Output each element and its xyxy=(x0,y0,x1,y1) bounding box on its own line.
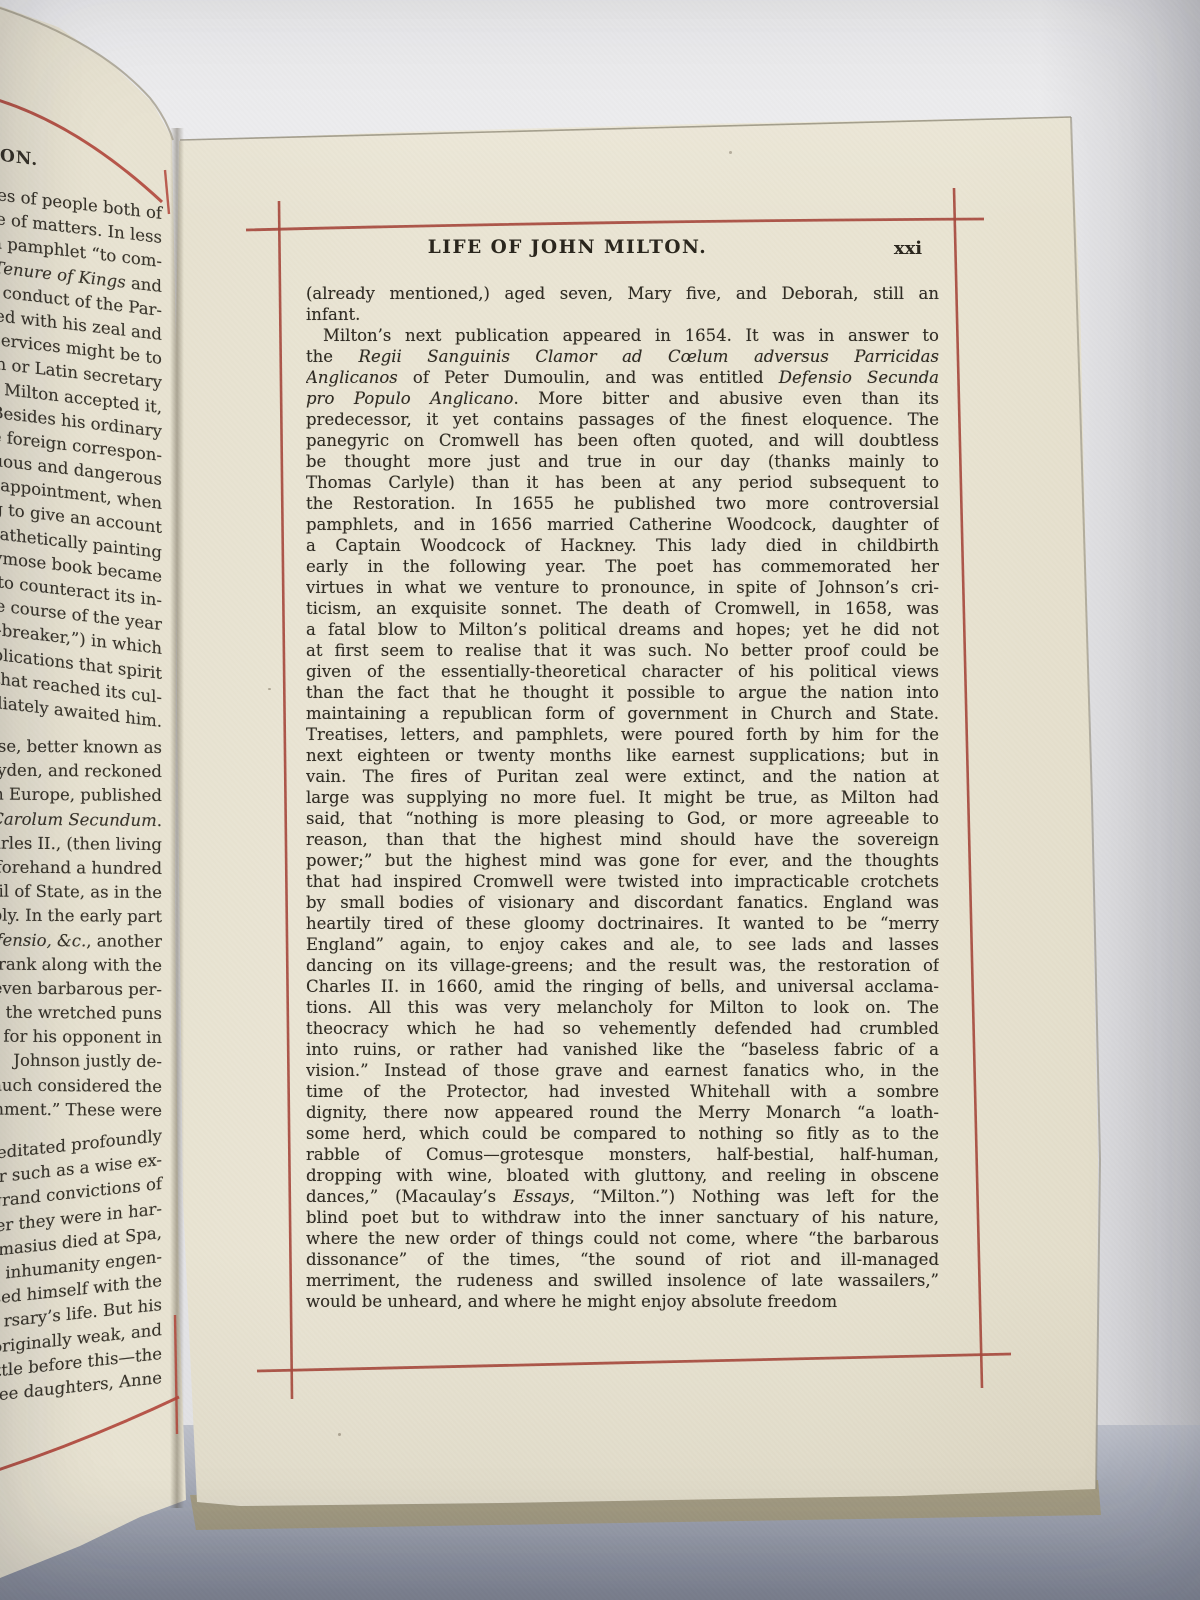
text-line: than the fact that he thought it possibl… xyxy=(306,682,939,703)
text-line: Leyden, and reckoned xyxy=(0,757,162,785)
text-line: time of the Protector, had invested Whit… xyxy=(306,1081,939,1102)
text-line: Charles II. in 1660, amid the ringing of… xyxy=(306,976,939,997)
left-page-text-top: titudes of people both ofstate of matter… xyxy=(0,158,162,734)
text-line: a Captain Woodcock of Hackney. This lady… xyxy=(306,535,939,556)
text-line: dancing on its village-greens; and the r… xyxy=(306,955,939,976)
text-line: dissonance” of the times, “the sound of … xyxy=(306,1249,939,1270)
text-line: theocracy which he had so vehemently def… xyxy=(306,1018,939,1039)
text-line: predecessor, it yet contains passages of… xyxy=(306,409,939,430)
text-line: vision.” Instead of those grave and earn… xyxy=(306,1060,939,1081)
paper-speck xyxy=(338,1433,341,1436)
page-title: LIFE OF JOHN MILTON. xyxy=(306,237,829,258)
text-line: and the wretched puns xyxy=(0,999,162,1027)
text-line: st, in Europe, published xyxy=(0,781,162,809)
text-line: Anglicanos of Peter Dumoulin, and was en… xyxy=(306,367,939,388)
text-line: rnment.” These were xyxy=(0,1095,162,1123)
paper-speck xyxy=(729,151,732,154)
left-page-header-fragment: ON. xyxy=(0,146,38,171)
text-line: blind poet but to withdraw into the inne… xyxy=(306,1207,939,1228)
text-line: by small bodies of visionary and discord… xyxy=(306,892,939,913)
text-line: Milton’s next publication appeared in 16… xyxy=(306,325,939,346)
left-page-text-bottom: meditated profoundlyer such as a wise ex… xyxy=(0,1124,162,1430)
text-line: at first seem to realise that it was suc… xyxy=(306,640,939,661)
paper-speck xyxy=(268,688,271,690)
text-line: be thought more just and true in our day… xyxy=(306,451,939,472)
page-number: xxi xyxy=(878,238,938,259)
text-line: the Regii Sanguinis Clamor ad Cœlum adve… xyxy=(306,346,939,367)
text-line: d even barbarous per- xyxy=(0,975,162,1003)
text-line: pamphlets, and in 1656 married Catherine… xyxy=(306,514,939,535)
text-line: Treatises, letters, and pamphlets, were … xyxy=(306,724,939,745)
text-line: England” again, to enjoy cakes and ale, … xyxy=(306,934,939,955)
text-line: reason, than that the highest mind shoul… xyxy=(306,829,939,850)
text-line: eply. In the early part xyxy=(0,902,162,930)
text-line: heartily tired of these gloomy doctrinai… xyxy=(306,913,939,934)
text-line: dropping with wine, bloated with glutton… xyxy=(306,1165,939,1186)
text-line: much considered the xyxy=(0,1071,162,1099)
text-line: for his opponent in xyxy=(0,1023,162,1051)
text-line: Charles II., (then living xyxy=(0,829,162,857)
text-line: the Restoration. In 1655 he published tw… xyxy=(306,493,939,514)
text-line: dignity, there now appeared round the Me… xyxy=(306,1102,939,1123)
text-line: uncil of State, as in the xyxy=(0,878,162,906)
text-line: panegyric on Cromwell has been often quo… xyxy=(306,430,939,451)
text-line: into ruins, or rather had vanished like … xyxy=(306,1039,939,1060)
text-line: said, that “nothing is more pleasing to … xyxy=(306,808,939,829)
text-line: power;” but the highest mind was gone fo… xyxy=(306,850,939,871)
body-text: (already mentioned,) aged seven, Mary fi… xyxy=(306,283,939,1312)
text-line: would be unheard, and where he might enj… xyxy=(306,1291,939,1312)
text-line: where the new order of things could not … xyxy=(306,1228,939,1249)
text-line: rabble of Comus—grotesque monsters, half… xyxy=(306,1144,939,1165)
text-line: l Carolum Secundum. xyxy=(0,805,162,833)
text-line: maise, better known as xyxy=(0,733,162,761)
text-line: dances,” (Macaulay’s Essays, “Milton.”) … xyxy=(306,1186,939,1207)
text-line: next eighteen or twenty months like earn… xyxy=(306,745,939,766)
text-line: a fatal blow to Milton’s political dream… xyxy=(306,619,939,640)
text-line: , Defensio, &c., another xyxy=(0,926,162,954)
book-photo: ON. titudes of people both ofstate of ma… xyxy=(0,0,1200,1600)
text-line: vain. The fires of Puritan zeal were ext… xyxy=(306,766,939,787)
text-line: tions. All this was very melancholy for … xyxy=(306,997,939,1018)
text-line: given of the essentially-theoretical cha… xyxy=(306,661,939,682)
text-line: Thomas Carlyle) than it has been at any … xyxy=(306,472,939,493)
gutter-shadow xyxy=(170,128,184,1508)
text-line: (already mentioned,) aged seven, Mary fi… xyxy=(306,283,939,304)
text-line: ticism, an exquisite sonnet. The death o… xyxy=(306,598,939,619)
text-line: virtues in what we venture to pronounce,… xyxy=(306,577,939,598)
text-line: maintaining a republican form of governm… xyxy=(306,703,939,724)
left-page-text-middle: maise, better known asLeyden, and reckon… xyxy=(0,733,162,1123)
text-line: beforehand a hundred xyxy=(0,854,162,882)
text-line: pro Populo Anglicano. More bitter and ab… xyxy=(306,388,939,409)
text-line: some herd, which could be compared to no… xyxy=(306,1123,939,1144)
text-line: infant. xyxy=(306,304,939,325)
text-line: that had inspired Cromwell were twisted … xyxy=(306,871,939,892)
text-line: large was supplying no more fuel. It mig… xyxy=(306,787,939,808)
text-line: merriment, the rudeness and swilled inso… xyxy=(306,1270,939,1291)
text-line: Johnson justly de- xyxy=(0,1047,162,1075)
text-line: early in the following year. The poet ha… xyxy=(306,556,939,577)
text-line: o rank along with the xyxy=(0,950,162,978)
